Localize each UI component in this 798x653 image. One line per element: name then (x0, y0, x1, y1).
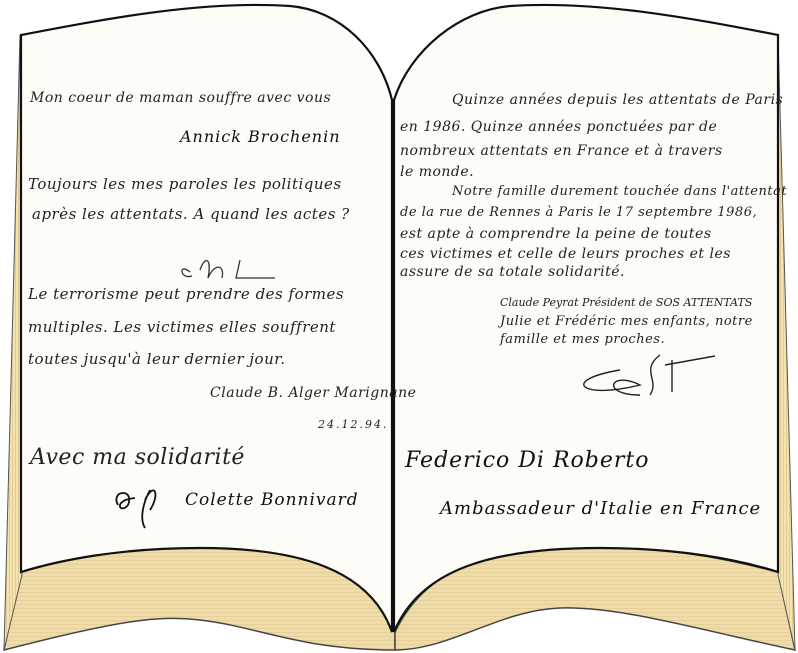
entry-5-sign-line-1: Claude Peyrat Président de SOS ATTENTATS (500, 296, 752, 309)
entry-5-line-4: le monde. (400, 164, 474, 180)
entry-5-sign-line-2: Julie et Frédéric mes enfants, notre (500, 314, 753, 329)
entry-5-line-6: de la rue de Rennes à Paris le 17 septem… (400, 205, 757, 220)
entry-5-line-8: ces victimes et celle de leurs proches e… (400, 246, 731, 262)
entry-3-line-1: Le terrorisme peut prendre des formes (28, 285, 344, 303)
entry-3-date: 24.12.94. (318, 418, 388, 431)
entry-5-line-2: en 1986. Quinze années ponctuées par de (400, 119, 717, 135)
entry-2-line-2: après les attentats. A quand les actes ? (32, 205, 350, 223)
entry-3-signature: Claude B. Alger Marignane (210, 385, 416, 401)
entry-3-line-3: toutes jusqu'à leur dernier jour. (28, 350, 286, 368)
entry-2-line-1: Toujours les mes paroles les politiques (28, 175, 342, 193)
entry-5-sign-line-3: famille et mes proches. (500, 332, 665, 347)
entry-5-line-1: Quinze années depuis les attentats de Pa… (452, 92, 783, 108)
entry-1-text: Mon coeur de maman souffre avec vous (30, 90, 331, 106)
entry-3-line-2: multiples. Les victimes elles souffrent (28, 318, 336, 336)
entry-6-signature: Federico Di Roberto (405, 448, 649, 473)
entry-5-line-5: Notre famille durement touchée dans l'at… (452, 184, 787, 199)
entry-5-line-7: est apte à comprendre la peine de toutes (400, 226, 712, 242)
entry-5-line-9: assure de sa totale solidarité. (400, 264, 625, 280)
entry-6-title: Ambassadeur d'Italie en France (440, 498, 761, 519)
entry-5-line-3: nombreux attentats en France et à traver… (400, 143, 723, 159)
entry-1-signature: Annick Brochenin (180, 127, 341, 146)
entry-4-signature: Colette Bonnivard (185, 490, 359, 510)
entry-4-text: Avec ma solidarité (30, 445, 245, 470)
